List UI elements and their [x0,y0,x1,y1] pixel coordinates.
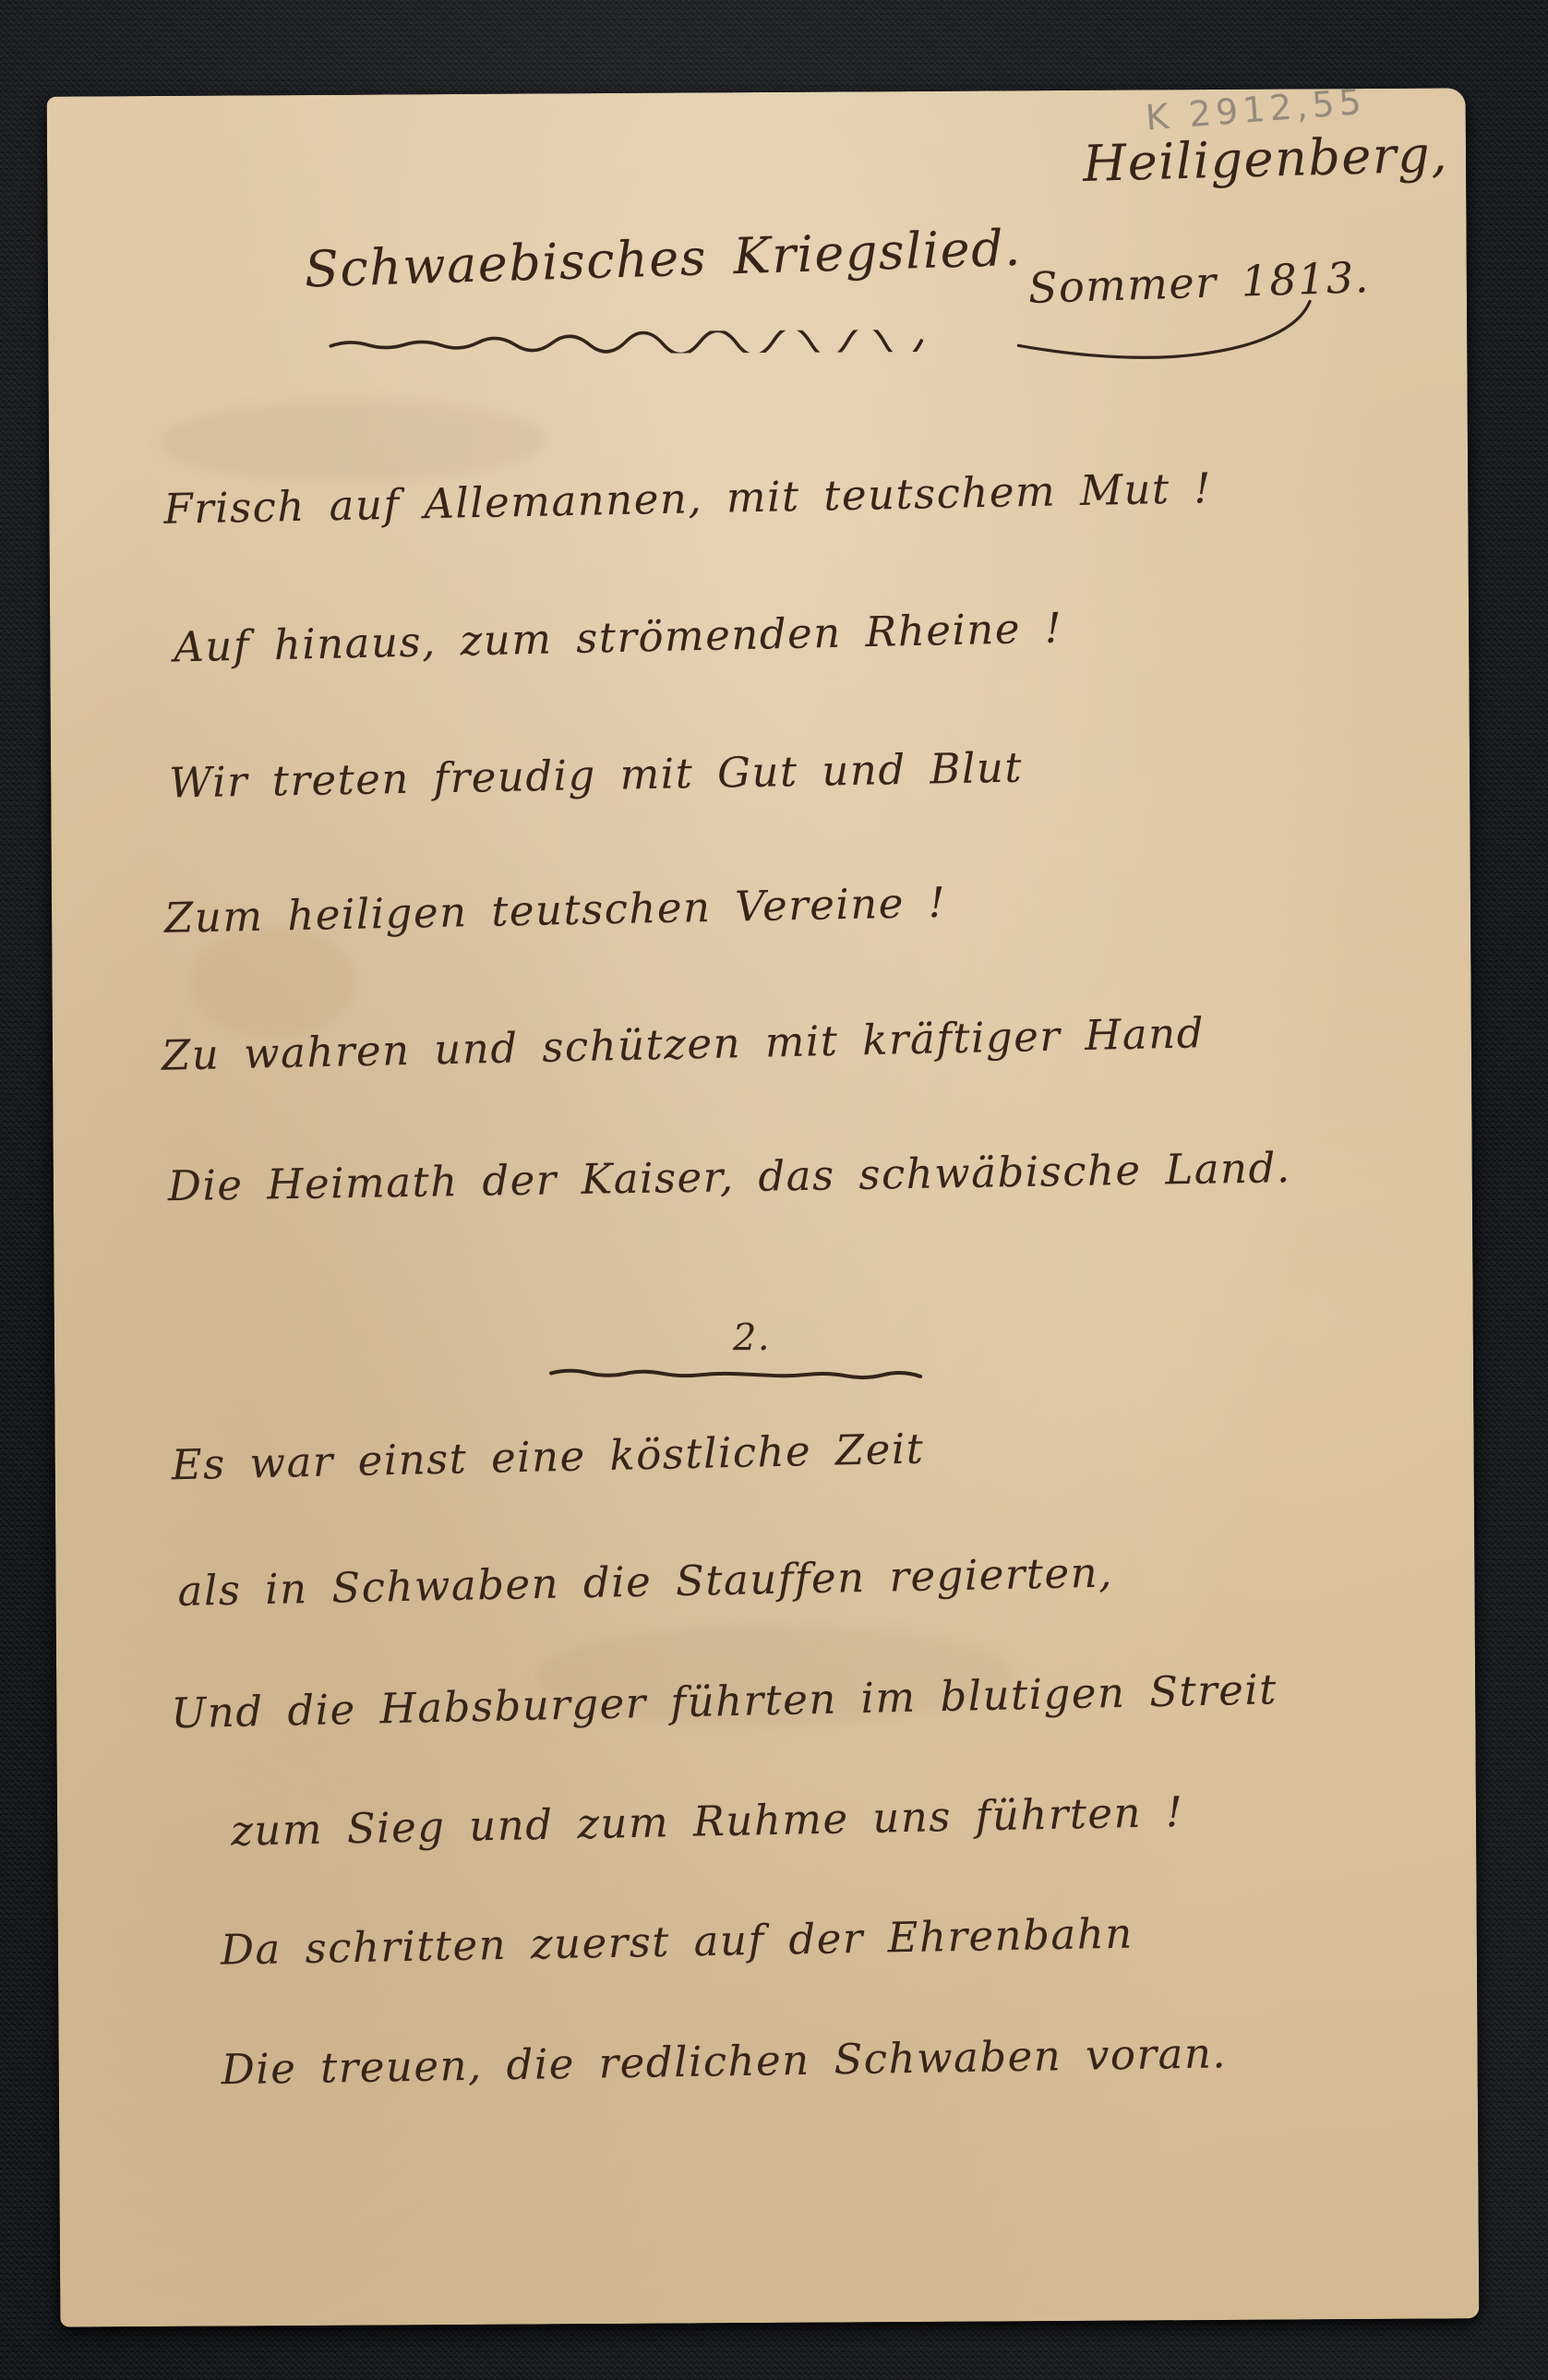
poem-line: Es war einst eine köstliche Zeit [171,1424,925,1490]
poem-line: Zum heiligen teutschen Vereine ! [164,878,947,943]
show-through-stain [160,398,548,484]
photographed-manuscript: { "page": { "archival_mark": "K 2912,55"… [0,0,1548,2380]
stanza-divider [546,1362,942,1385]
poem-line: Da schritten zuerst auf der Ehrenbahn [220,1909,1134,1975]
page-title: Schwaebisches Kriegslied. [304,219,1023,299]
title-underline [325,330,943,355]
poem-line: Zu wahren und schützen mit kräftiger Han… [161,1008,1205,1080]
poem-line: zum Sieg und zum Ruhme uns führten ! [231,1787,1184,1856]
header-place: Heiligenberg, [1082,125,1448,193]
poem-line: als in Schwaben die Stauffen regierten, [177,1548,1113,1616]
poem-line: Die treuen, die redlichen Schwaben voran… [221,2028,1227,2094]
stanza-number: 2. [733,1316,771,1359]
manuscript-page: K 2912,55 Heiligenberg, Schwaebisches Kr… [47,88,1480,2326]
date-flourish [1003,295,1326,366]
poem-line: Auf hinaus, zum strömenden Rheine ! [174,603,1063,671]
poem-line: Frisch auf Allemannen, mit teutschem Mut… [163,463,1213,534]
poem-line: Und die Habsburger führten im blutigen S… [171,1665,1278,1737]
poem-line: Wir treten freudig mit Gut und Blut [169,743,1024,808]
poem-line: Die Heimath der Kaiser, das schwäbische … [167,1143,1291,1210]
paper-stain [190,926,357,1038]
